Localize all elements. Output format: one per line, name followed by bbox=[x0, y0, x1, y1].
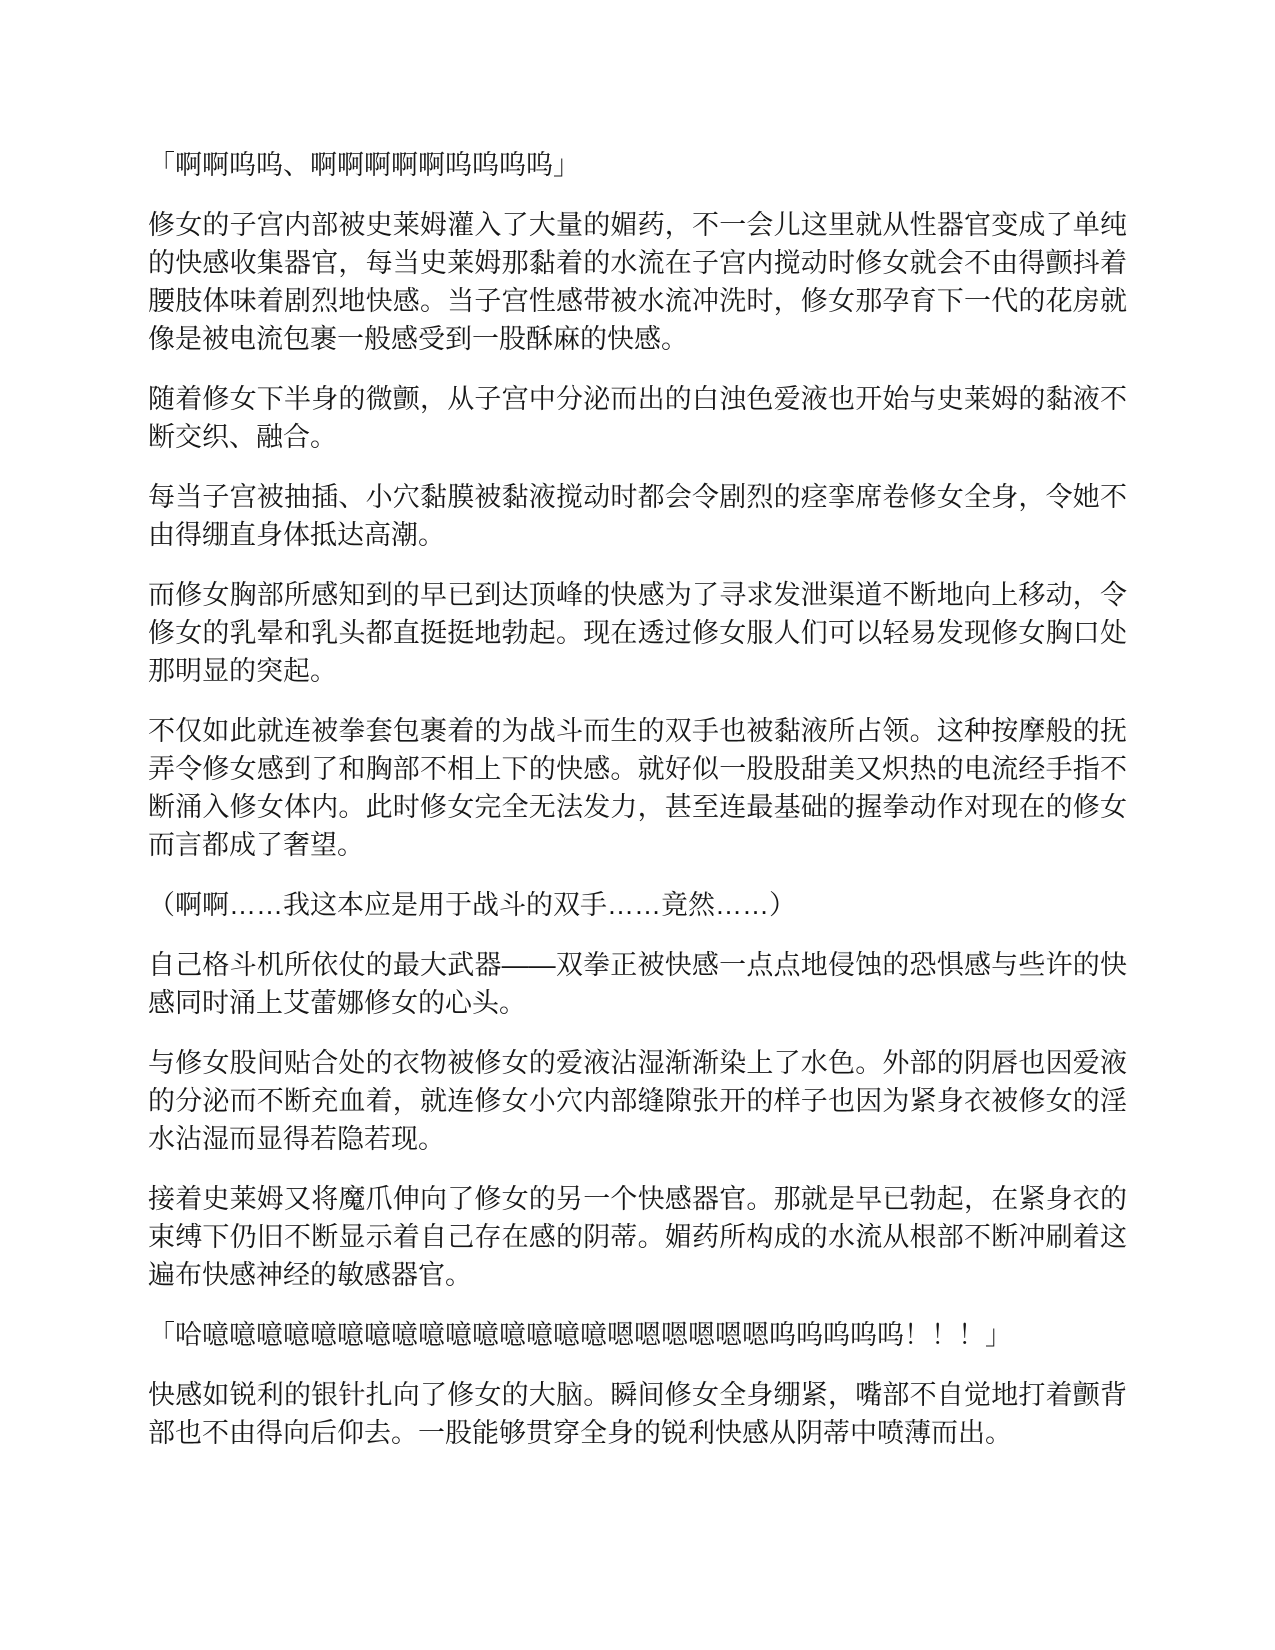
paragraph: 每当子宫被抽插、小穴黏膜被黏液搅动时都会令剧烈的痉挛席卷修女全身，令她不由得绷直… bbox=[148, 478, 1127, 554]
paragraph: 接着史莱姆又将魔爪伸向了修女的另一个快感器官。那就是早已勃起，在紧身衣的束缚下仍… bbox=[148, 1180, 1127, 1294]
dialogue-line: 「啊啊呜呜、啊啊啊啊啊呜呜呜呜」 bbox=[148, 146, 1127, 184]
paragraph: 快感如锐利的银针扎向了修女的大脑。瞬间修女全身绷紧，嘴部不自觉地打着颤背部也不由… bbox=[148, 1376, 1127, 1452]
inner-monologue-line: （啊啊……我这本应是用于战斗的双手……竟然……） bbox=[148, 886, 1127, 924]
paragraph: 随着修女下半身的微颤，从子宫中分泌而出的白浊色爱液也开始与史莱姆的黏液不断交织、… bbox=[148, 380, 1127, 456]
paragraph: 而修女胸部所感知到的早已到达顶峰的快感为了寻求发泄渠道不断地向上移动，令修女的乳… bbox=[148, 576, 1127, 690]
paragraph: 修女的子宫内部被史莱姆灌入了大量的媚药，不一会儿这里就从性器官变成了单纯的快感收… bbox=[148, 206, 1127, 358]
paragraph: 不仅如此就连被拳套包裹着的为战斗而生的双手也被黏液所占领。这种按摩般的抚弄令修女… bbox=[148, 712, 1127, 864]
document-page: 「啊啊呜呜、啊啊啊啊啊呜呜呜呜」 修女的子宫内部被史莱姆灌入了大量的媚药，不一会… bbox=[0, 0, 1275, 1650]
paragraph: 自己格斗机所依仗的最大武器——双拳正被快感一点点地侵蚀的恐惧感与些许的快感同时涌… bbox=[148, 946, 1127, 1022]
dialogue-line: 「哈噫噫噫噫噫噫噫噫噫噫噫噫噫噫噫嗯嗯嗯嗯嗯嗯呜呜呜呜呜！！！」 bbox=[148, 1316, 1127, 1354]
paragraph: 与修女股间贴合处的衣物被修女的爱液沾湿渐渐染上了水色。外部的阴唇也因爱液的分泌而… bbox=[148, 1044, 1127, 1158]
